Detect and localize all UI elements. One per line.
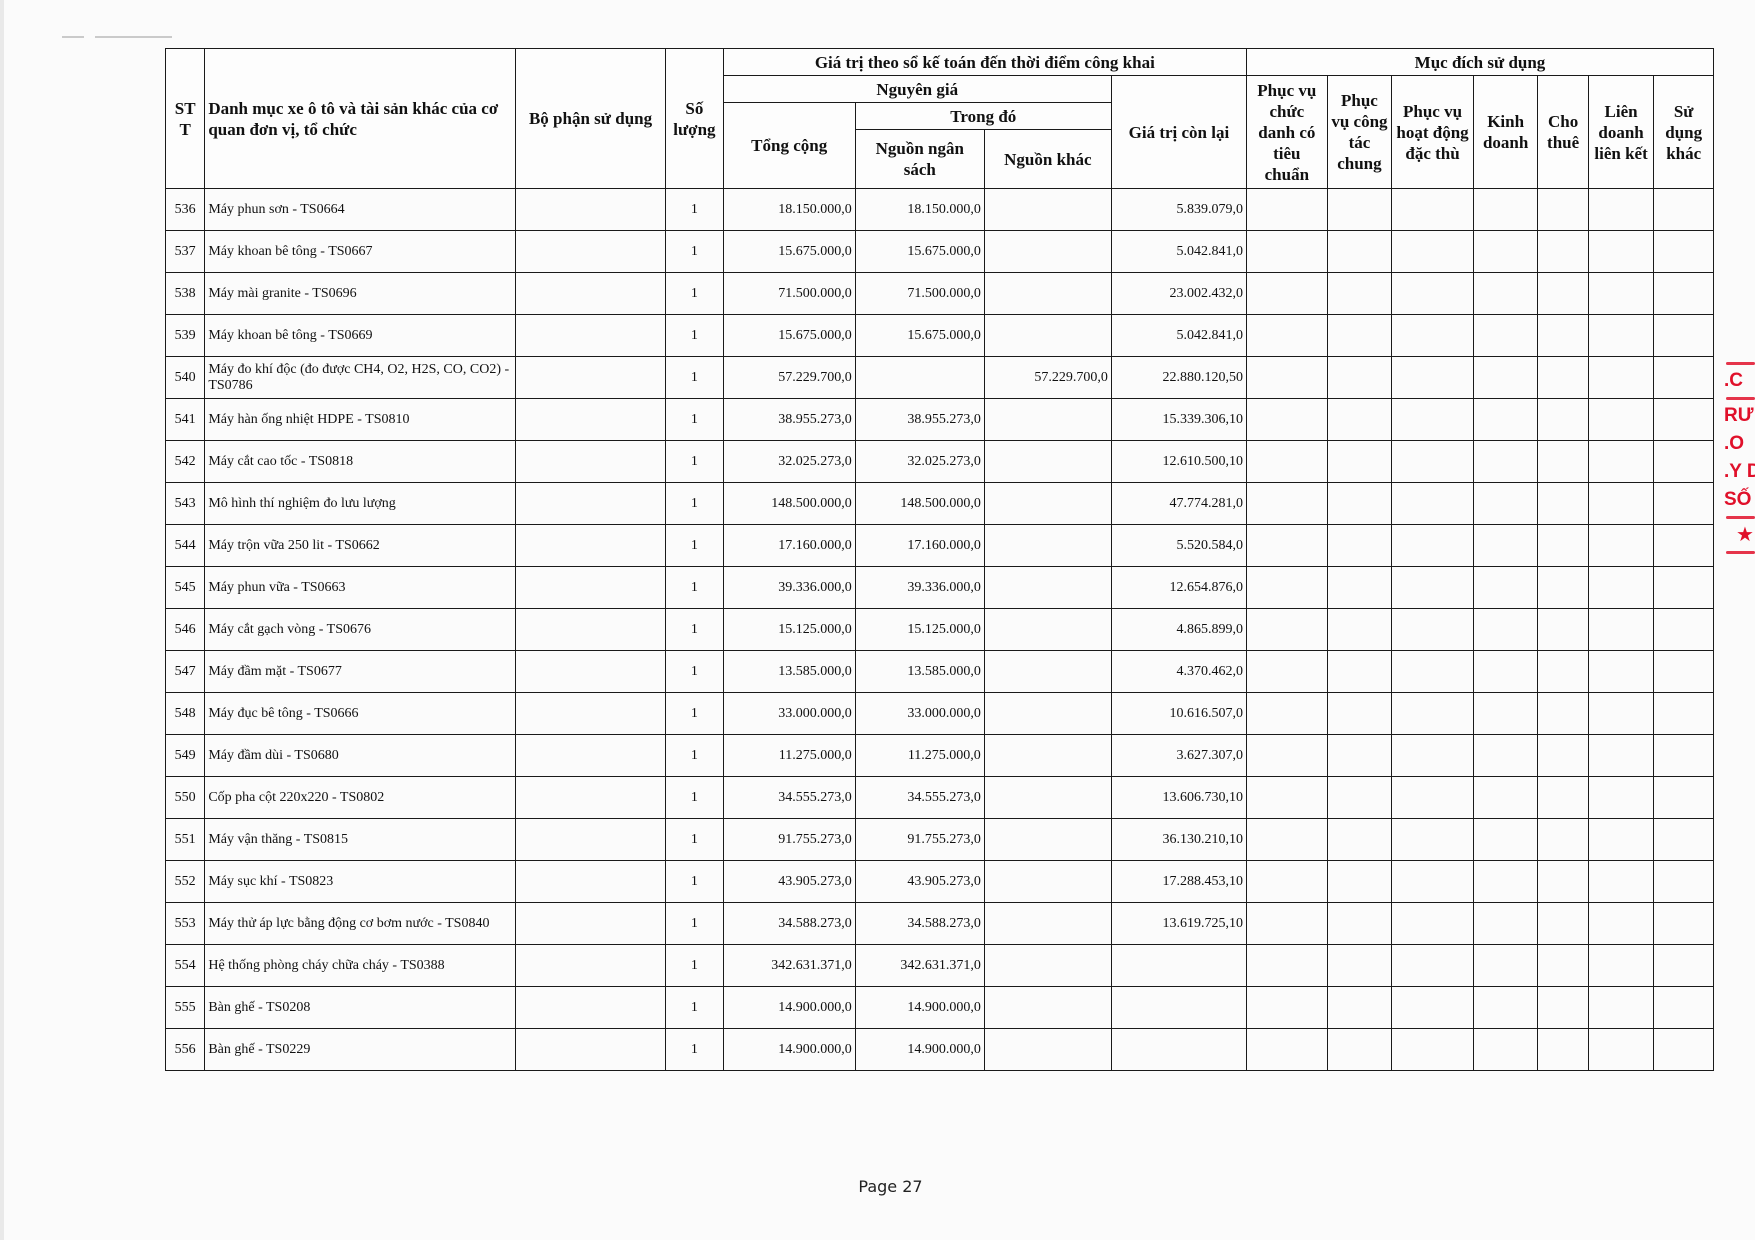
- stamp-text-2: RƯ: [1722, 402, 1755, 430]
- cell-purpose-5: [1538, 357, 1588, 399]
- cell-purpose-6: [1588, 945, 1654, 987]
- cell-item-name: Máy đầm mặt - TS0677: [205, 651, 516, 693]
- header-total: Tổng cộng: [723, 103, 855, 189]
- cell-total: 15.675.000,0: [723, 231, 855, 273]
- cell-quantity: 1: [666, 189, 723, 231]
- table-row: 547 Máy đầm mặt - TS0677 1 13.585.000,0 …: [166, 651, 1714, 693]
- cell-purpose-6: [1588, 903, 1654, 945]
- cell-purpose-4: [1473, 189, 1538, 231]
- cell-purpose-5: [1538, 1029, 1588, 1071]
- cell-purpose-1: [1246, 945, 1327, 987]
- table-header: ST T Danh mục xe ô tô và tài sản khác củ…: [166, 49, 1714, 189]
- cell-stt: 546: [166, 609, 205, 651]
- table-row: 550 Cốp pha cột 220x220 - TS0802 1 34.55…: [166, 777, 1714, 819]
- cell-purpose-1: [1246, 777, 1327, 819]
- cell-purpose-4: [1473, 651, 1538, 693]
- header-purpose-6: Liên doanh liên kết: [1588, 76, 1654, 189]
- cell-item-name: Máy đầm dùi - TS0680: [205, 735, 516, 777]
- cell-stt: 547: [166, 651, 205, 693]
- cell-purpose-7: [1654, 567, 1714, 609]
- header-state-budget: Nguồn ngân sách: [855, 130, 984, 189]
- cell-purpose-6: [1588, 735, 1654, 777]
- cell-purpose-3: [1392, 735, 1474, 777]
- red-stamp-fragment: .C RƯ .O .Y D SỐ ★: [1722, 360, 1755, 580]
- cell-remaining-value: 5.042.841,0: [1111, 231, 1246, 273]
- page-edge: [0, 0, 4, 1240]
- cell-purpose-5: [1538, 399, 1588, 441]
- cell-purpose-1: [1246, 357, 1327, 399]
- cell-purpose-7: [1654, 441, 1714, 483]
- table-row: 554 Hệ thống phòng cháy chữa cháy - TS03…: [166, 945, 1714, 987]
- cell-state-budget: 15.675.000,0: [855, 315, 984, 357]
- cell-quantity: 1: [666, 945, 723, 987]
- cell-stt: 542: [166, 441, 205, 483]
- cell-stt: 548: [166, 693, 205, 735]
- cell-stt: 549: [166, 735, 205, 777]
- cell-purpose-7: [1654, 483, 1714, 525]
- cell-purpose-5: [1538, 945, 1588, 987]
- cell-purpose-5: [1538, 315, 1588, 357]
- cell-total: 15.675.000,0: [723, 315, 855, 357]
- cell-purpose-1: [1246, 1029, 1327, 1071]
- cell-total: 33.000.000,0: [723, 693, 855, 735]
- cell-purpose-5: [1538, 231, 1588, 273]
- cell-purpose-5: [1538, 609, 1588, 651]
- cell-other-sources: 57.229.700,0: [984, 357, 1111, 399]
- cell-quantity: 1: [666, 1029, 723, 1071]
- cell-purpose-5: [1538, 567, 1588, 609]
- cell-stt: 539: [166, 315, 205, 357]
- cell-state-budget: 33.000.000,0: [855, 693, 984, 735]
- header-original-price: Nguyên giá: [723, 76, 1111, 103]
- cell-purpose-6: [1588, 861, 1654, 903]
- cell-purpose-6: [1588, 357, 1654, 399]
- cell-purpose-4: [1473, 609, 1538, 651]
- cell-purpose-6: [1588, 651, 1654, 693]
- cell-purpose-7: [1654, 609, 1714, 651]
- cell-purpose-3: [1392, 231, 1474, 273]
- cell-purpose-2: [1327, 1029, 1392, 1071]
- cell-purpose-1: [1246, 819, 1327, 861]
- cell-remaining-value: 13.606.730,10: [1111, 777, 1246, 819]
- cell-item-name: Máy đục bê tông - TS0666: [205, 693, 516, 735]
- stamp-text-5: SỐ: [1722, 486, 1755, 514]
- cell-purpose-4: [1473, 399, 1538, 441]
- cell-other-sources: [984, 903, 1111, 945]
- cell-remaining-value: 10.616.507,0: [1111, 693, 1246, 735]
- cell-purpose-5: [1538, 441, 1588, 483]
- cell-item-name: Hệ thống phòng cháy chữa cháy - TS0388: [205, 945, 516, 987]
- header-purpose-2: Phục vụ công tác chung: [1327, 76, 1392, 189]
- cell-other-sources: [984, 693, 1111, 735]
- cell-stt: 536: [166, 189, 205, 231]
- cell-department: [515, 819, 665, 861]
- cell-remaining-value: 5.520.584,0: [1111, 525, 1246, 567]
- cell-purpose-7: [1654, 525, 1714, 567]
- cell-purpose-3: [1392, 861, 1474, 903]
- cell-quantity: 1: [666, 693, 723, 735]
- cell-purpose-1: [1246, 861, 1327, 903]
- cell-purpose-7: [1654, 693, 1714, 735]
- cell-purpose-4: [1473, 693, 1538, 735]
- cell-other-sources: [984, 819, 1111, 861]
- cell-purpose-3: [1392, 189, 1474, 231]
- stamp-text-1: .C: [1722, 367, 1755, 395]
- cell-stt: 540: [166, 357, 205, 399]
- cell-department: [515, 399, 665, 441]
- cell-purpose-2: [1327, 945, 1392, 987]
- cell-stt: 543: [166, 483, 205, 525]
- cell-item-name: Cốp pha cột 220x220 - TS0802: [205, 777, 516, 819]
- cell-state-budget: 91.755.273,0: [855, 819, 984, 861]
- cell-other-sources: [984, 441, 1111, 483]
- cell-purpose-7: [1654, 987, 1714, 1029]
- cell-purpose-5: [1538, 693, 1588, 735]
- cell-department: [515, 483, 665, 525]
- cell-purpose-3: [1392, 693, 1474, 735]
- cell-department: [515, 903, 665, 945]
- cell-purpose-4: [1473, 273, 1538, 315]
- cell-quantity: 1: [666, 819, 723, 861]
- cell-state-budget: 18.150.000,0: [855, 189, 984, 231]
- cell-quantity: 1: [666, 609, 723, 651]
- cell-state-budget: 11.275.000,0: [855, 735, 984, 777]
- header-purpose-5: Cho thuê: [1538, 76, 1588, 189]
- cell-purpose-7: [1654, 735, 1714, 777]
- cell-total: 15.125.000,0: [723, 609, 855, 651]
- cell-purpose-6: [1588, 525, 1654, 567]
- cell-item-name: Bàn ghế - TS0229: [205, 1029, 516, 1071]
- cell-state-budget: 71.500.000,0: [855, 273, 984, 315]
- cell-total: 38.955.273,0: [723, 399, 855, 441]
- cell-stt: 554: [166, 945, 205, 987]
- cell-remaining-value: 4.865.899,0: [1111, 609, 1246, 651]
- cell-item-name: Mô hình thí nghiệm đo lưu lượng: [205, 483, 516, 525]
- cell-purpose-3: [1392, 399, 1474, 441]
- cell-other-sources: [984, 945, 1111, 987]
- cell-department: [515, 693, 665, 735]
- cell-total: 14.900.000,0: [723, 987, 855, 1029]
- cell-purpose-2: [1327, 987, 1392, 1029]
- cell-purpose-7: [1654, 357, 1714, 399]
- cell-stt: 538: [166, 273, 205, 315]
- cell-department: [515, 231, 665, 273]
- cell-purpose-6: [1588, 399, 1654, 441]
- cell-state-budget: 38.955.273,0: [855, 399, 984, 441]
- cell-purpose-7: [1654, 861, 1714, 903]
- cell-quantity: 1: [666, 483, 723, 525]
- cell-purpose-7: [1654, 903, 1714, 945]
- cell-item-name: Máy cắt cao tốc - TS0818: [205, 441, 516, 483]
- cell-item-name: Máy phun vữa - TS0663: [205, 567, 516, 609]
- cell-purpose-2: [1327, 609, 1392, 651]
- table-row: 543 Mô hình thí nghiệm đo lưu lượng 1 14…: [166, 483, 1714, 525]
- stamp-rule: [1726, 516, 1755, 519]
- cell-item-name: Máy mài granite - TS0696: [205, 273, 516, 315]
- cell-quantity: 1: [666, 651, 723, 693]
- cell-state-budget: 15.125.000,0: [855, 609, 984, 651]
- cell-purpose-2: [1327, 189, 1392, 231]
- cell-purpose-4: [1473, 945, 1538, 987]
- cell-purpose-4: [1473, 231, 1538, 273]
- cell-purpose-1: [1246, 483, 1327, 525]
- cell-purpose-2: [1327, 357, 1392, 399]
- header-stt: ST T: [166, 49, 205, 189]
- cell-purpose-2: [1327, 399, 1392, 441]
- cell-purpose-7: [1654, 315, 1714, 357]
- cell-purpose-4: [1473, 357, 1538, 399]
- header-purpose-7: Sử dụng khác: [1654, 76, 1714, 189]
- table-row: 553 Máy thử áp lực bằng động cơ bơm nước…: [166, 903, 1714, 945]
- cell-department: [515, 987, 665, 1029]
- cell-purpose-7: [1654, 231, 1714, 273]
- cell-remaining-value: 15.339.306,10: [1111, 399, 1246, 441]
- cell-item-name: Máy đo khí độc (đo được CH4, O2, H2S, CO…: [205, 357, 516, 399]
- cell-purpose-6: [1588, 693, 1654, 735]
- cell-purpose-4: [1473, 777, 1538, 819]
- cell-stt: 551: [166, 819, 205, 861]
- cell-quantity: 1: [666, 315, 723, 357]
- cell-purpose-6: [1588, 819, 1654, 861]
- cell-purpose-1: [1246, 609, 1327, 651]
- cell-purpose-4: [1473, 1029, 1538, 1071]
- cell-purpose-2: [1327, 861, 1392, 903]
- cell-stt: 556: [166, 1029, 205, 1071]
- cell-stt: 552: [166, 861, 205, 903]
- cell-remaining-value: 22.880.120,50: [1111, 357, 1246, 399]
- cell-purpose-1: [1246, 903, 1327, 945]
- cell-other-sources: [984, 987, 1111, 1029]
- cell-stt: 537: [166, 231, 205, 273]
- cell-department: [515, 609, 665, 651]
- cell-total: 342.631.371,0: [723, 945, 855, 987]
- cell-state-budget: 17.160.000,0: [855, 525, 984, 567]
- cell-item-name: Máy thử áp lực bằng động cơ bơm nước - T…: [205, 903, 516, 945]
- cell-purpose-1: [1246, 399, 1327, 441]
- cell-stt: 553: [166, 903, 205, 945]
- stamp-rule: [1726, 362, 1755, 365]
- asset-ledger-table: ST T Danh mục xe ô tô và tài sản khác củ…: [165, 48, 1714, 1071]
- cell-other-sources: [984, 1029, 1111, 1071]
- cell-quantity: 1: [666, 357, 723, 399]
- cell-other-sources: [984, 609, 1111, 651]
- table-row: 537 Máy khoan bê tông - TS0667 1 15.675.…: [166, 231, 1714, 273]
- cell-purpose-3: [1392, 903, 1474, 945]
- header-of-which: Trong đó: [855, 103, 1111, 130]
- header-department: Bộ phận sử dụng: [515, 49, 665, 189]
- table-row: 552 Máy sục khí - TS0823 1 43.905.273,0 …: [166, 861, 1714, 903]
- cell-quantity: 1: [666, 567, 723, 609]
- cell-purpose-3: [1392, 567, 1474, 609]
- cell-state-budget: 32.025.273,0: [855, 441, 984, 483]
- cell-remaining-value: [1111, 987, 1246, 1029]
- cell-purpose-2: [1327, 441, 1392, 483]
- cell-purpose-1: [1246, 567, 1327, 609]
- cell-purpose-6: [1588, 483, 1654, 525]
- cell-total: 43.905.273,0: [723, 861, 855, 903]
- cell-purpose-6: [1588, 189, 1654, 231]
- cell-total: 32.025.273,0: [723, 441, 855, 483]
- cell-remaining-value: 3.627.307,0: [1111, 735, 1246, 777]
- cell-total: 39.336.000,0: [723, 567, 855, 609]
- cell-remaining-value: 36.130.210,10: [1111, 819, 1246, 861]
- cell-purpose-6: [1588, 777, 1654, 819]
- cell-state-budget: 14.900.000,0: [855, 1029, 984, 1071]
- cell-purpose-6: [1588, 315, 1654, 357]
- cell-purpose-7: [1654, 945, 1714, 987]
- cell-quantity: 1: [666, 273, 723, 315]
- cell-purpose-2: [1327, 693, 1392, 735]
- cell-total: 91.755.273,0: [723, 819, 855, 861]
- cell-remaining-value: 17.288.453,10: [1111, 861, 1246, 903]
- cell-purpose-3: [1392, 273, 1474, 315]
- table-row: 548 Máy đục bê tông - TS0666 1 33.000.00…: [166, 693, 1714, 735]
- cell-other-sources: [984, 483, 1111, 525]
- cell-state-budget: 43.905.273,0: [855, 861, 984, 903]
- cell-total: 34.588.273,0: [723, 903, 855, 945]
- cell-department: [515, 189, 665, 231]
- cell-other-sources: [984, 651, 1111, 693]
- cell-purpose-6: [1588, 441, 1654, 483]
- cell-other-sources: [984, 315, 1111, 357]
- stamp-rule: [1726, 551, 1755, 554]
- cell-state-budget: 13.585.000,0: [855, 651, 984, 693]
- cell-quantity: 1: [666, 987, 723, 1029]
- cell-purpose-1: [1246, 315, 1327, 357]
- cell-purpose-5: [1538, 189, 1588, 231]
- header-purpose-3: Phục vụ hoạt động đặc thù: [1392, 76, 1474, 189]
- cell-department: [515, 567, 665, 609]
- cell-purpose-7: [1654, 273, 1714, 315]
- cell-department: [515, 735, 665, 777]
- cell-other-sources: [984, 399, 1111, 441]
- cell-purpose-4: [1473, 315, 1538, 357]
- cell-other-sources: [984, 567, 1111, 609]
- cell-state-budget: [855, 357, 984, 399]
- cell-stt: 544: [166, 525, 205, 567]
- cell-purpose-5: [1538, 525, 1588, 567]
- cell-total: 13.585.000,0: [723, 651, 855, 693]
- cell-state-budget: 34.555.273,0: [855, 777, 984, 819]
- table-row: 542 Máy cắt cao tốc - TS0818 1 32.025.27…: [166, 441, 1714, 483]
- cell-other-sources: [984, 231, 1111, 273]
- cell-item-name: Máy khoan bê tông - TS0669: [205, 315, 516, 357]
- header-purpose-4: Kinh doanh: [1473, 76, 1538, 189]
- cell-purpose-5: [1538, 987, 1588, 1029]
- cell-remaining-value: 5.042.841,0: [1111, 315, 1246, 357]
- header-quantity: Số lượng: [666, 49, 723, 189]
- cell-department: [515, 525, 665, 567]
- cell-purpose-1: [1246, 987, 1327, 1029]
- cell-item-name: Máy trộn vữa 250 lit - TS0662: [205, 525, 516, 567]
- cell-purpose-1: [1246, 231, 1327, 273]
- cell-purpose-2: [1327, 525, 1392, 567]
- cell-item-name: Máy sục khí - TS0823: [205, 861, 516, 903]
- table-row: 538 Máy mài granite - TS0696 1 71.500.00…: [166, 273, 1714, 315]
- cell-remaining-value: [1111, 1029, 1246, 1071]
- table-row: 541 Máy hàn ống nhiệt HDPE - TS0810 1 38…: [166, 399, 1714, 441]
- cell-quantity: 1: [666, 777, 723, 819]
- cell-purpose-2: [1327, 819, 1392, 861]
- cell-purpose-7: [1654, 1029, 1714, 1071]
- cell-department: [515, 315, 665, 357]
- cell-item-name: Máy phun sơn - TS0664: [205, 189, 516, 231]
- cell-purpose-2: [1327, 651, 1392, 693]
- cell-purpose-3: [1392, 441, 1474, 483]
- cell-purpose-1: [1246, 189, 1327, 231]
- cell-purpose-5: [1538, 273, 1588, 315]
- header-purpose-1: Phục vụ chức danh có tiêu chuẩn: [1246, 76, 1327, 189]
- cell-item-name: Máy vận thăng - TS0815: [205, 819, 516, 861]
- header-item: Danh mục xe ô tô và tài sản khác của cơ …: [205, 49, 516, 189]
- cell-total: 17.160.000,0: [723, 525, 855, 567]
- header-book-value-group: Giá trị theo sổ kế toán đến thời điểm cô…: [723, 49, 1246, 76]
- cell-purpose-2: [1327, 735, 1392, 777]
- cell-remaining-value: 12.610.500,10: [1111, 441, 1246, 483]
- cell-purpose-1: [1246, 525, 1327, 567]
- table-row: 551 Máy vận thăng - TS0815 1 91.755.273,…: [166, 819, 1714, 861]
- cell-other-sources: [984, 189, 1111, 231]
- cell-purpose-3: [1392, 651, 1474, 693]
- cell-purpose-3: [1392, 987, 1474, 1029]
- cell-item-name: Máy hàn ống nhiệt HDPE - TS0810: [205, 399, 516, 441]
- cell-item-name: Máy khoan bê tông - TS0667: [205, 231, 516, 273]
- cell-purpose-4: [1473, 735, 1538, 777]
- cell-remaining-value: [1111, 945, 1246, 987]
- cell-purpose-3: [1392, 1029, 1474, 1071]
- cell-purpose-3: [1392, 945, 1474, 987]
- cell-purpose-6: [1588, 987, 1654, 1029]
- cell-purpose-5: [1538, 819, 1588, 861]
- cell-other-sources: [984, 273, 1111, 315]
- cell-purpose-5: [1538, 903, 1588, 945]
- cell-purpose-3: [1392, 315, 1474, 357]
- cell-total: 57.229.700,0: [723, 357, 855, 399]
- cell-purpose-2: [1327, 315, 1392, 357]
- cell-quantity: 1: [666, 525, 723, 567]
- cell-quantity: 1: [666, 735, 723, 777]
- cell-purpose-1: [1246, 441, 1327, 483]
- cell-purpose-6: [1588, 567, 1654, 609]
- cell-purpose-4: [1473, 903, 1538, 945]
- cell-total: 18.150.000,0: [723, 189, 855, 231]
- cell-purpose-7: [1654, 777, 1714, 819]
- cell-purpose-4: [1473, 567, 1538, 609]
- table-row: 556 Bàn ghế - TS0229 1 14.900.000,0 14.9…: [166, 1029, 1714, 1071]
- header-remaining-value: Giá trị còn lại: [1111, 76, 1246, 189]
- cell-department: [515, 1029, 665, 1071]
- cell-purpose-1: [1246, 735, 1327, 777]
- stamp-text-4: .Y D: [1722, 458, 1755, 486]
- cell-purpose-6: [1588, 1029, 1654, 1071]
- cell-other-sources: [984, 777, 1111, 819]
- cell-remaining-value: 4.370.462,0: [1111, 651, 1246, 693]
- cell-quantity: 1: [666, 399, 723, 441]
- cell-purpose-6: [1588, 609, 1654, 651]
- table-row: 544 Máy trộn vữa 250 lit - TS0662 1 17.1…: [166, 525, 1714, 567]
- cell-stt: 550: [166, 777, 205, 819]
- cell-purpose-4: [1473, 819, 1538, 861]
- cell-department: [515, 777, 665, 819]
- cell-other-sources: [984, 525, 1111, 567]
- cell-state-budget: 34.588.273,0: [855, 903, 984, 945]
- cell-purpose-7: [1654, 189, 1714, 231]
- page-number: Page 27: [0, 1177, 1755, 1196]
- cell-total: 34.555.273,0: [723, 777, 855, 819]
- cell-purpose-2: [1327, 777, 1392, 819]
- cell-purpose-7: [1654, 819, 1714, 861]
- cell-purpose-5: [1538, 483, 1588, 525]
